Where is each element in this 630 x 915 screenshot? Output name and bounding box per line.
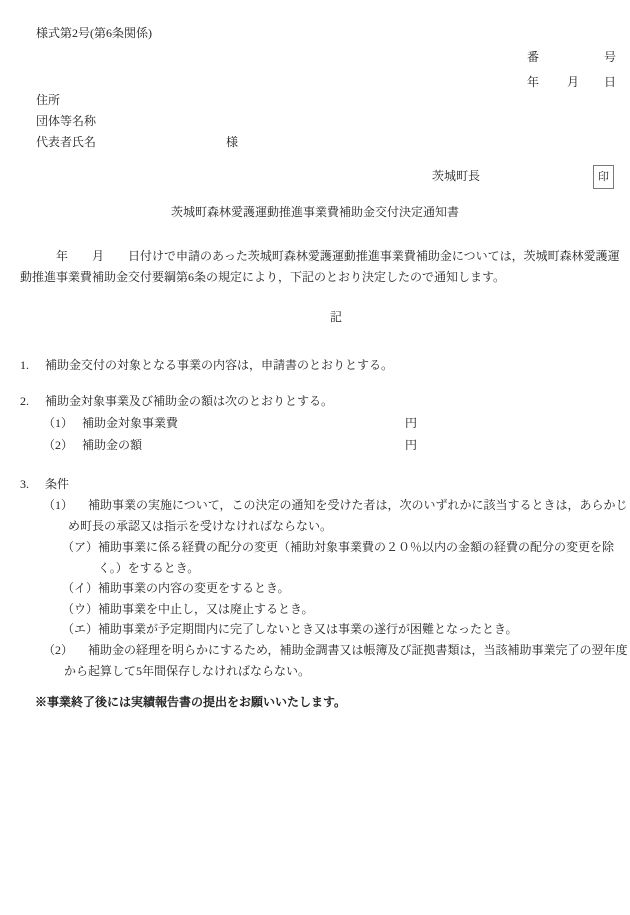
item-1-number: 1. bbox=[20, 358, 29, 373]
subsidy-row-1-name: 補助金対象事業費 bbox=[82, 416, 178, 431]
subsidy-row-2-unit: 円 bbox=[405, 438, 417, 453]
condition-2-label: （2） bbox=[43, 643, 73, 658]
date-day: 日 bbox=[604, 75, 616, 90]
item-1-text: 補助金交付の対象となる事業の内容は，申請書のとおりとする。 bbox=[45, 358, 393, 373]
honorific-sama: 様 bbox=[226, 135, 238, 150]
subsidy-row-1-label: （1） bbox=[43, 416, 73, 431]
condition-1-sub-u: （ウ）補助事業を中止し，又は廃止するとき。 bbox=[62, 602, 314, 617]
organization-label: 団体等名称 bbox=[36, 114, 96, 129]
condition-2-line2: から起算して5年間保存しなければならない。 bbox=[64, 664, 310, 679]
item-3-number: 3. bbox=[20, 477, 29, 492]
condition-1-line2: め町長の承認又は指示を受けなければならない。 bbox=[68, 519, 332, 534]
item-2-number: 2. bbox=[20, 394, 29, 409]
item-3-heading: 条件 bbox=[45, 477, 69, 492]
date-month: 月 bbox=[567, 75, 579, 90]
footnote-text: ※事業終了後には実績報告書の提出をお願いいたします。 bbox=[35, 695, 346, 710]
condition-1-sub-a-line2: く。）をするとき。 bbox=[98, 561, 199, 576]
condition-1-text: 補助事業の実施について，この決定の通知を受けた者は，次のいずれかに該当するときは… bbox=[88, 498, 628, 513]
subsidy-row-2-label: （2） bbox=[43, 438, 73, 453]
record-heading: 記 bbox=[330, 310, 342, 325]
document-page: 様式第2号(第6条関係) 番 号 年 月 日 住所 団体等名称 代表者氏名 様 … bbox=[0, 0, 630, 915]
condition-1-sub-i: （イ）補助事業の内容の変更をするとき。 bbox=[62, 581, 290, 596]
date-year: 年 bbox=[527, 75, 539, 90]
condition-1-label: （1） bbox=[43, 498, 73, 513]
seal-mark: 印 bbox=[598, 172, 609, 183]
item-2-text: 補助金対象事業及び補助金の額は次のとおりとする。 bbox=[45, 394, 333, 409]
doc-number-ban: 番 bbox=[527, 50, 539, 65]
condition-1-sub-a-line1: （ア）補助事業に係る経費の配分の変更（補助対象事業費の２０％以内の金額の経費の配… bbox=[62, 540, 614, 555]
date-line: 年 月 日 bbox=[527, 75, 617, 150]
mayor-title: 茨城町長 bbox=[432, 169, 480, 184]
representative-line: 代表者氏名 様 bbox=[36, 135, 336, 195]
subsidy-row-1-unit: 円 bbox=[405, 416, 417, 431]
address-label: 住所 bbox=[36, 93, 60, 108]
subsidy-row-2-name: 補助金の額 bbox=[82, 438, 142, 453]
condition-2-text: 補助金の経理を明らかにするため，補助金調書又は帳簿及び証拠書類は，当該補助事業完… bbox=[88, 643, 628, 658]
document-title: 茨城町森林愛護運動推進事業費補助金交付決定通知書 bbox=[0, 205, 630, 220]
condition-1-sub-e: （エ）補助事業が予定期間内に完了しないとき又は事業の遂行が困難となったとき。 bbox=[62, 622, 518, 637]
official-seal-box: 印 bbox=[593, 165, 614, 189]
opening-paragraph-line1: 年 月 日付けで申請のあった茨城町森林愛護運動推進事業費補助金については，茨城町… bbox=[20, 249, 620, 264]
opening-paragraph-line2: 動推進事業費補助金交付要綱第6条の規定により，下記のとおり決定したので通知します… bbox=[20, 270, 505, 285]
form-number-label: 様式第2号(第6条関係) bbox=[36, 26, 152, 41]
representative-label: 代表者氏名 bbox=[36, 135, 96, 150]
doc-number-go: 号 bbox=[604, 50, 616, 65]
